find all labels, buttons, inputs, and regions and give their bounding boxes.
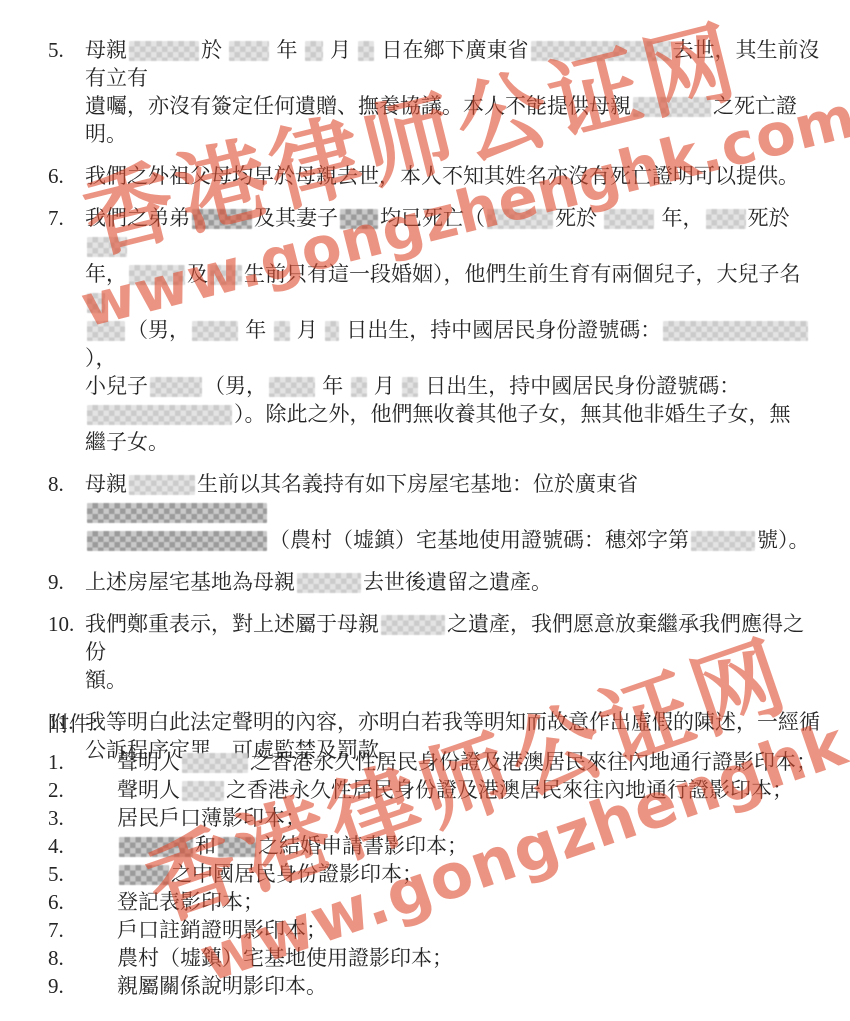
text-run: （男， xyxy=(204,374,267,398)
text-run: 居民戶口薄影印本； xyxy=(117,806,306,830)
text-run: 遺囑，亦沒有簽定任何遺贈、撫養協議。本人不能提供母親 xyxy=(85,94,631,118)
redacted-text xyxy=(358,41,374,61)
item-number: 7. xyxy=(48,204,85,232)
attachment-item: 7.戶口註銷證明影印本； xyxy=(48,916,820,944)
text-run: 額。 xyxy=(85,668,127,692)
redacted-text xyxy=(87,405,232,425)
text-run: 均已死亡（ xyxy=(380,206,485,230)
item-content: 居民戶口薄影印本； xyxy=(117,804,820,832)
text-run: 小兒子 xyxy=(85,374,148,398)
text-run: 號）。 xyxy=(757,528,810,552)
redacted-text xyxy=(340,209,378,229)
item-number: 5. xyxy=(48,860,117,888)
text-run: 之香港永久性居民身份證及港澳居民來往內地通行證影印本； xyxy=(250,750,817,774)
text-run: 生前以其名義持有如下房屋宅基地：位於廣東省 xyxy=(197,472,638,496)
text-run: 月 xyxy=(292,318,324,342)
text-run: 年 xyxy=(240,318,272,342)
item-number: 9. xyxy=(48,568,85,596)
item-number: 6. xyxy=(48,888,117,916)
text-run: 日出生，持中國居民身份證號碼： xyxy=(341,318,661,342)
redacted-text xyxy=(129,41,199,61)
redacted-text xyxy=(706,209,746,229)
item-number: 8. xyxy=(48,944,117,972)
text-run: 死於 xyxy=(555,206,602,230)
redacted-text xyxy=(119,865,169,885)
redacted-text xyxy=(218,837,256,857)
attachment-item: 1.聲明人之香港永久性居民身份證及港澳居民來往內地通行證影印本； xyxy=(48,748,820,776)
attachment-section: 附件： 1.聲明人之香港永久性居民身份證及港澳居民來往內地通行證影印本；2.聲明… xyxy=(48,710,820,1000)
text-run: 我們之弟弟 xyxy=(85,206,190,230)
text-run: ）。除此之外，他們無收養其他子女，無其他非婚生子女，無 xyxy=(234,402,791,426)
item-content: 和之結婚申請書影印本； xyxy=(117,832,820,860)
text-run: 聲明人 xyxy=(117,778,180,802)
item-content: 之中國居民身份證影印本； xyxy=(117,860,820,888)
item-number: 1. xyxy=(48,748,117,776)
attachment-title: 附件： xyxy=(48,710,820,738)
text-run: 繼子女。 xyxy=(85,430,169,454)
text-run: 我們鄭重表示，對上述屬于母親 xyxy=(85,612,379,636)
text-run: 聲明人 xyxy=(117,750,180,774)
declaration-item: 9.上述房屋宅基地為母親去世後遺留之遺產。 xyxy=(48,568,820,596)
redacted-text xyxy=(229,41,269,61)
item-content: 母親生前以其名義持有如下房屋宅基地：位於廣東省（農村（墟鎮）宅基地使用證號碼：穗… xyxy=(85,470,820,554)
item-content: 聲明人之香港永久性居民身份證及港澳居民來往內地通行證影印本； xyxy=(117,776,820,804)
text-run: 年 xyxy=(317,374,349,398)
redacted-text xyxy=(691,531,755,551)
text-run: 戶口註銷證明影印本； xyxy=(117,918,327,942)
text-run: 母親 xyxy=(85,472,127,496)
redacted-text xyxy=(87,503,267,523)
declaration-item: 6.我們之外祖父母均早於母親去世，本人不知其姓名亦沒有死亡證明可以提供。 xyxy=(48,162,820,190)
attachment-item: 8.農村（墟鎮）宅基地使用證影印本； xyxy=(48,944,820,972)
text-run: 農村（墟鎮）宅基地使用證影印本； xyxy=(117,946,453,970)
text-run: 和 xyxy=(195,834,216,858)
item-content: 親屬關係說明影印本。 xyxy=(117,972,820,1000)
text-run: ）， xyxy=(85,346,117,370)
text-run: 日在鄉下廣東省 xyxy=(376,38,528,62)
item-number: 7. xyxy=(48,916,117,944)
redacted-text xyxy=(150,377,202,397)
document-page: 5.母親於 年 月 日在鄉下廣東省去世，其生前沒有立有遺囑，亦沒有簽定任何遺贈、… xyxy=(0,0,850,1021)
text-run: 於 xyxy=(201,38,227,62)
redacted-text xyxy=(87,321,125,341)
attachment-item: 4.和之結婚申請書影印本； xyxy=(48,832,820,860)
redacted-text xyxy=(325,321,339,341)
declaration-item: 7.我們之弟弟及其妻子均已死亡（死於 年，死於 年，及生前只有這一段婚姻），他們… xyxy=(48,204,820,456)
declaration-list: 5.母親於 年 月 日在鄉下廣東省去世，其生前沒有立有遺囑，亦沒有簽定任何遺贈、… xyxy=(48,36,820,778)
item-number: 4. xyxy=(48,832,117,860)
item-number: 8. xyxy=(48,470,85,498)
redacted-text xyxy=(305,41,323,61)
text-run: 母親 xyxy=(85,38,127,62)
redacted-text xyxy=(129,265,185,285)
redacted-text xyxy=(129,475,195,495)
text-run: 年 xyxy=(271,38,303,62)
text-run: （農村（墟鎮）宅基地使用證號碼：穗郊字第 xyxy=(269,528,689,552)
redacted-text xyxy=(182,753,248,773)
redacted-text xyxy=(182,781,224,801)
attachment-item: 6.登記表影印本； xyxy=(48,888,820,916)
text-run: 之中國居民身份證影印本； xyxy=(171,862,423,886)
item-content: 上述房屋宅基地為母親去世後遺留之遺產。 xyxy=(85,568,820,596)
text-run: 上述房屋宅基地為母親 xyxy=(85,570,295,594)
redacted-text xyxy=(402,377,418,397)
item-content: 戶口註銷證明影印本； xyxy=(117,916,820,944)
text-run: 日出生，持中國居民身份證號碼： xyxy=(420,374,740,398)
item-content: 我們鄭重表示，對上述屬于母親之遺產，我們愿意放棄繼承我們應得之份額。 xyxy=(85,610,820,694)
item-number: 3. xyxy=(48,804,117,832)
redacted-text xyxy=(269,377,315,397)
redacted-text xyxy=(87,237,127,257)
declaration-item: 5.母親於 年 月 日在鄉下廣東省去世，其生前沒有立有遺囑，亦沒有簽定任何遺贈、… xyxy=(48,36,820,148)
text-run: 及其妻子 xyxy=(254,206,338,230)
redacted-text xyxy=(192,209,252,229)
item-number: 6. xyxy=(48,162,85,190)
text-run: 我們之外祖父母均早於母親去世，本人不知其姓名亦沒有死亡證明可以提供。 xyxy=(85,164,799,188)
item-content: 我們之弟弟及其妻子均已死亡（死於 年，死於 年，及生前只有這一段婚姻），他們生前… xyxy=(85,204,820,456)
attachment-item: 5.之中國居民身份證影印本； xyxy=(48,860,820,888)
attachment-list: 1.聲明人之香港永久性居民身份證及港澳居民來往內地通行證影印本；2.聲明人之香港… xyxy=(48,748,820,1000)
redacted-text xyxy=(487,209,553,229)
redacted-text xyxy=(119,837,193,857)
redacted-text xyxy=(663,321,808,341)
text-run: 年， xyxy=(85,262,127,286)
redacted-text xyxy=(87,293,105,313)
redacted-text xyxy=(381,615,445,635)
item-content: 我們之外祖父母均早於母親去世，本人不知其姓名亦沒有死亡證明可以提供。 xyxy=(85,162,820,190)
text-run: 生前只有這一段婚姻），他們生前生育有兩個兒子，大兒子名 xyxy=(244,262,801,286)
redacted-text xyxy=(351,377,367,397)
text-run: 死於 xyxy=(748,206,790,230)
redacted-text xyxy=(87,531,267,551)
item-content: 母親於 年 月 日在鄉下廣東省去世，其生前沒有立有遺囑，亦沒有簽定任何遺贈、撫養… xyxy=(85,36,820,148)
item-content: 聲明人之香港永久性居民身份證及港澳居民來往內地通行證影印本； xyxy=(117,748,820,776)
text-run: 及 xyxy=(187,262,208,286)
text-run: 之結婚申請書影印本； xyxy=(258,834,468,858)
text-run: 親屬關係說明影印本。 xyxy=(117,974,327,998)
item-content: 登記表影印本； xyxy=(117,888,820,916)
scan-artifact xyxy=(390,580,394,584)
text-run: 年， xyxy=(656,206,703,230)
text-run: 月 xyxy=(369,374,401,398)
text-run: 之香港永久性居民身份證及港澳居民來往內地通行證影印本； xyxy=(226,778,793,802)
item-number: 5. xyxy=(48,36,85,64)
item-number: 9. xyxy=(48,972,117,1000)
redacted-text xyxy=(531,41,671,61)
item-number: 2. xyxy=(48,776,117,804)
attachment-item: 2.聲明人之香港永久性居民身份證及港澳居民來往內地通行證影印本； xyxy=(48,776,820,804)
redacted-text xyxy=(633,97,711,117)
text-run: 登記表影印本； xyxy=(117,890,264,914)
attachment-item: 3.居民戶口薄影印本； xyxy=(48,804,820,832)
redacted-text xyxy=(274,321,290,341)
item-content: 農村（墟鎮）宅基地使用證影印本； xyxy=(117,944,820,972)
text-run: 月 xyxy=(325,38,357,62)
item-number: 10. xyxy=(48,610,85,638)
declaration-item: 8.母親生前以其名義持有如下房屋宅基地：位於廣東省（農村（墟鎮）宅基地使用證號碼… xyxy=(48,470,820,554)
redacted-text xyxy=(192,321,238,341)
redacted-text xyxy=(297,573,361,593)
redacted-text xyxy=(210,265,242,285)
declaration-item: 10.我們鄭重表示，對上述屬于母親之遺產，我們愿意放棄繼承我們應得之份額。 xyxy=(48,610,820,694)
redacted-text xyxy=(604,209,654,229)
text-run: （男， xyxy=(127,318,190,342)
attachment-item: 9.親屬關係說明影印本。 xyxy=(48,972,820,1000)
